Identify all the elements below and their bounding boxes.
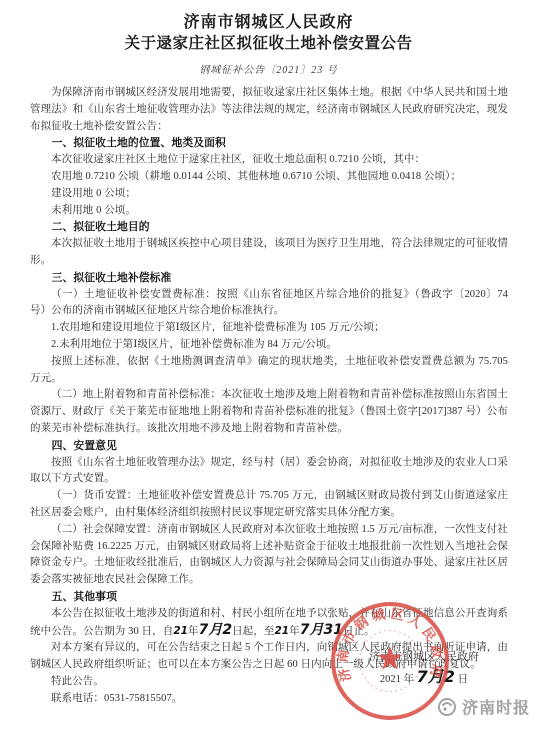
document-number: 钢城征补公告〔2021〕23 号 bbox=[0, 61, 537, 76]
handwritten-date: 21 bbox=[173, 625, 188, 637]
news-watermark: 济南时报 bbox=[437, 695, 530, 718]
watermark-label: 济南时报 bbox=[462, 695, 530, 718]
paragraph: 本公告在拟征收土地涉及的街道和村、村民小组所在地予以张贴，并在山东省征地信息公开… bbox=[30, 606, 508, 641]
paragraph: 1.农用地和建设用地位于第Ⅰ级区片，征地补偿费标准为 105 万元/公顷； bbox=[30, 320, 508, 337]
section-heading: 一、拟征收土地的位置、地类及面积 bbox=[30, 135, 508, 152]
paragraph: （一）货币安置：土地征收补偿安置费总计 75.705 万元，由钢城区财政局拨付到… bbox=[30, 488, 508, 522]
handwritten-date: 7月2 bbox=[417, 667, 455, 686]
signature-block: 济南市钢城区人民政府 2021 年 7月2 日 bbox=[369, 648, 479, 686]
issuing-agency-title: 济南市钢城区人民政府 bbox=[0, 13, 537, 33]
text-segment: 年 bbox=[289, 626, 300, 637]
newspaper-logo-icon bbox=[437, 697, 457, 717]
paragraph: 未利用地 0 公顷。 bbox=[30, 203, 508, 220]
handwritten-date: 21 bbox=[274, 625, 289, 637]
paragraph: 2.未利用地位于第Ⅰ级区片，征地补偿费标准为 84 万元/公顷。 bbox=[30, 337, 508, 354]
paragraph: （二）地上附着物和青苗补偿标准：本次征收土地涉及地上附着物和青苗补偿标准按照山东… bbox=[30, 387, 508, 437]
text-segment: 年 bbox=[188, 626, 199, 637]
section-heading: 二、拟征收土地目的 bbox=[30, 219, 508, 236]
text-segment: 日起，至 bbox=[232, 626, 274, 637]
paragraph: 建设用地 0 公顷； bbox=[30, 186, 508, 203]
handwritten-date: 7月2 bbox=[199, 622, 232, 638]
announcement-page: 济南市钢城区人民政府 关于逯家庄社区拟征收土地补偿安置公告 钢城征补公告〔202… bbox=[0, 0, 537, 735]
paragraph: 按照《山东省土地征收管理办法》规定，经与村（居）委会协商，对拟征收土地涉及的农业… bbox=[30, 455, 508, 489]
section-heading: 四、安置意见 bbox=[30, 438, 508, 455]
section-heading: 三、拟征收土地补偿标准 bbox=[30, 270, 508, 287]
signature-agency: 济南市钢城区人民政府 bbox=[369, 648, 479, 664]
paragraph: 本次征收逯家庄社区土地位于逯家庄社区，征收土地总面积 0.7210 公顷，其中： bbox=[30, 152, 508, 169]
handwritten-date: 7月31 bbox=[300, 622, 343, 638]
signature-date: 2021 年 7月2 日 bbox=[369, 669, 479, 686]
announcement-title: 关于逯家庄社区拟征收土地补偿安置公告 bbox=[0, 34, 537, 54]
paragraph: （二）社会保障安置：济南市钢城区人民政府对本次征收土地按照 1.5 万元/亩标准… bbox=[30, 522, 508, 589]
document-body: 为保障济南市钢城区经济发展用地需要，拟征收逯家庄社区集体土地。根据《中华人民共和… bbox=[0, 76, 537, 707]
text-segment: 2021 年 bbox=[380, 674, 417, 685]
paragraph: 农用地 0.7210 公顷（耕地 0.0144 公顷、其他林地 0.6710 公… bbox=[30, 169, 508, 186]
section-heading: 五、其他事项 bbox=[30, 589, 508, 606]
paragraph: 为保障济南市钢城区经济发展用地需要，拟征收逯家庄社区集体土地。根据《中华人民共和… bbox=[30, 85, 508, 135]
document-header: 济南市钢城区人民政府 关于逯家庄社区拟征收土地补偿安置公告 钢城征补公告〔202… bbox=[0, 0, 537, 76]
text-segment: 日 bbox=[455, 674, 468, 685]
paragraph: 按照上述标准，依据《土地勘测调查清单》确定的现状地类，土地征收补偿安置费总额为 … bbox=[30, 354, 508, 388]
paragraph: 本次拟征收土地用于钢城区疾控中心项目建设，该项目为医疗卫生用地，符合法律规定的可… bbox=[30, 236, 508, 270]
text-segment: 日止。 bbox=[343, 626, 375, 637]
paragraph: （一）土地征收补偿安置费标准：按照《山东省征地区片综合地价的批复》（鲁政字〔20… bbox=[30, 287, 508, 321]
